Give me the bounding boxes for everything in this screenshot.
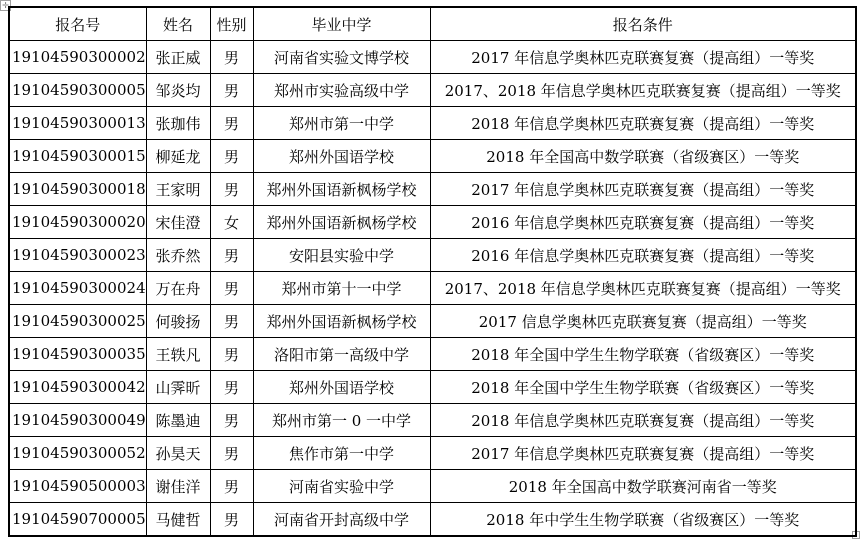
cell-reg-no: 191045903000026 xyxy=(9,41,146,74)
cell-condition: 2017 信息学奥林匹克联赛复赛（提高组）一等奖 xyxy=(430,305,856,338)
cell-school: 焦作市第一中学 xyxy=(253,437,430,470)
cell-school: 郑州外国语学校 xyxy=(253,140,430,173)
cell-school: 河南省实验文博学校 xyxy=(253,41,430,74)
table-row: 191045903000026 张正威 男 河南省实验文博学校 2017 年信息… xyxy=(9,41,856,74)
table-row: 191045903000526 孙昊天 男 焦作市第一中学 2017 年信息学奥… xyxy=(9,437,856,470)
cell-reg-no: 191045903000130 xyxy=(9,107,146,140)
col-header-name: 姓名 xyxy=(146,7,210,41)
cell-condition: 2018 年全国中学生生物学联赛（省级赛区）一等奖 xyxy=(430,338,856,371)
cell-school: 安阳县实验中学 xyxy=(253,239,430,272)
cell-reg-no: 191045907000051 xyxy=(9,503,146,537)
cell-gender: 男 xyxy=(210,338,253,371)
col-header-reg-no: 报名号 xyxy=(9,7,146,41)
table-row: 191045903000350 王轶凡 男 洛阳市第一高级中学 2018 年全国… xyxy=(9,338,856,371)
cell-condition: 2018 年全国高中数学联赛河南省一等奖 xyxy=(430,470,856,503)
cell-gender: 男 xyxy=(210,173,253,206)
cell-school: 河南省开封高级中学 xyxy=(253,503,430,537)
cell-name: 万在舟 xyxy=(146,272,210,305)
cell-reg-no: 191045903000054 xyxy=(9,74,146,107)
table-header-row: 报名号 姓名 性别 毕业中学 报名条件 xyxy=(9,7,856,41)
cell-condition: 2018 年全国中学生生物学联赛（省级赛区）一等奖 xyxy=(430,371,856,404)
table-row: 191045903000054 邹炎均 男 郑州市实验高级中学 2017、201… xyxy=(9,74,856,107)
cell-reg-no: 191045903000236 xyxy=(9,239,146,272)
cell-gender: 男 xyxy=(210,272,253,305)
table-row: 191045903000498 陈墨迪 男 郑州市第一 0 一中学 2018 年… xyxy=(9,404,856,437)
applicant-table: 报名号 姓名 性别 毕业中学 报名条件 191045903000026 张正威 … xyxy=(8,6,857,537)
cell-gender: 男 xyxy=(210,503,253,537)
cell-name: 张乔然 xyxy=(146,239,210,272)
cell-school: 郑州外国语新枫杨学校 xyxy=(253,305,430,338)
cell-condition: 2018 年信息学奥林匹克联赛复赛（提高组）一等奖 xyxy=(430,107,856,140)
cell-school: 郑州市第十一中学 xyxy=(253,272,430,305)
cell-school: 郑州市第一 0 一中学 xyxy=(253,404,430,437)
table-row: 191045907000051 马健哲 男 河南省开封高级中学 2018 年中学… xyxy=(9,503,856,537)
table-row: 191045905000036 谢佳洋 男 河南省实验中学 2018 年全国高中… xyxy=(9,470,856,503)
cell-condition: 2018 年中学生生物学联赛（省级赛区）一等奖 xyxy=(430,503,856,537)
col-header-gender: 性别 xyxy=(210,7,253,41)
cell-school: 郑州市实验高级中学 xyxy=(253,74,430,107)
cell-gender: 男 xyxy=(210,470,253,503)
cell-condition: 2018 年信息学奥林匹克联赛复赛（提高组）一等奖 xyxy=(430,404,856,437)
cell-condition: 2017 年信息学奥林匹克联赛复赛（提高组）一等奖 xyxy=(430,437,856,470)
table-row: 191045903000152 柳延龙 男 郑州外国语学校 2018 年全国高中… xyxy=(9,140,856,173)
cell-name: 柳延龙 xyxy=(146,140,210,173)
cell-reg-no: 191045903000184 xyxy=(9,173,146,206)
cell-gender: 男 xyxy=(210,437,253,470)
cell-gender: 男 xyxy=(210,239,253,272)
cell-reg-no: 191045903000427 xyxy=(9,371,146,404)
cell-name: 王轶凡 xyxy=(146,338,210,371)
cell-condition: 2017、2018 年信息学奥林匹克联赛复赛（提高组）一等奖 xyxy=(430,272,856,305)
cell-condition: 2017、2018 年信息学奥林匹克联赛复赛（提高组）一等奖 xyxy=(430,74,856,107)
cell-gender: 男 xyxy=(210,107,253,140)
cell-gender: 男 xyxy=(210,305,253,338)
cell-name: 宋佳澄 xyxy=(146,206,210,239)
cell-school: 郑州外国语新枫杨学校 xyxy=(253,173,430,206)
table-row: 191045903000203 宋佳澄 女 郑州外国语新枫杨学校 2016 年信… xyxy=(9,206,856,239)
cell-name: 王家明 xyxy=(146,173,210,206)
col-header-school: 毕业中学 xyxy=(253,7,430,41)
cell-school: 郑州外国语学校 xyxy=(253,371,430,404)
cell-gender: 男 xyxy=(210,41,253,74)
cell-name: 邹炎均 xyxy=(146,74,210,107)
cell-condition: 2017 年信息学奥林匹克联赛复赛（提高组）一等奖 xyxy=(430,173,856,206)
table-row: 191045903000247 万在舟 男 郑州市第十一中学 2017、2018… xyxy=(9,272,856,305)
cell-name: 马健哲 xyxy=(146,503,210,537)
cell-name: 孙昊天 xyxy=(146,437,210,470)
cell-name: 山霁昕 xyxy=(146,371,210,404)
cell-school: 洛阳市第一高级中学 xyxy=(253,338,430,371)
cell-gender: 男 xyxy=(210,74,253,107)
cell-name: 谢佳洋 xyxy=(146,470,210,503)
cell-name: 何骏扬 xyxy=(146,305,210,338)
cell-school: 郑州市第一中学 xyxy=(253,107,430,140)
cell-reg-no: 191045903000152 xyxy=(9,140,146,173)
cell-gender: 男 xyxy=(210,140,253,173)
cell-reg-no: 191045903000247 xyxy=(9,272,146,305)
cell-gender: 男 xyxy=(210,404,253,437)
cell-condition: 2017 年信息学奥林匹克联赛复赛（提高组）一等奖 xyxy=(430,41,856,74)
table-row: 191045903000236 张乔然 男 安阳县实验中学 2016 年信息学奥… xyxy=(9,239,856,272)
cell-reg-no: 191045903000350 xyxy=(9,338,146,371)
cell-reg-no: 191045905000036 xyxy=(9,470,146,503)
cell-name: 张珈伟 xyxy=(146,107,210,140)
cell-condition: 2016 年信息学奥林匹克联赛复赛（提高组）一等奖 xyxy=(430,206,856,239)
cell-name: 陈墨迪 xyxy=(146,404,210,437)
col-header-condition: 报名条件 xyxy=(430,7,856,41)
cell-reg-no: 191045903000498 xyxy=(9,404,146,437)
cell-reg-no: 191045903000257 xyxy=(9,305,146,338)
table-row: 191045903000184 王家明 男 郑州外国语新枫杨学校 2017 年信… xyxy=(9,173,856,206)
cell-name: 张正威 xyxy=(146,41,210,74)
table-row: 191045903000257 何骏扬 男 郑州外国语新枫杨学校 2017 信息… xyxy=(9,305,856,338)
cell-school: 河南省实验中学 xyxy=(253,470,430,503)
table-row: 191045903000427 山霁昕 男 郑州外国语学校 2018 年全国中学… xyxy=(9,371,856,404)
cell-gender: 男 xyxy=(210,371,253,404)
cell-condition: 2016 年信息学奥林匹克联赛复赛（提高组）一等奖 xyxy=(430,239,856,272)
table-row: 191045903000130 张珈伟 男 郑州市第一中学 2018 年信息学奥… xyxy=(9,107,856,140)
cell-reg-no: 191045903000526 xyxy=(9,437,146,470)
cell-reg-no: 191045903000203 xyxy=(9,206,146,239)
cell-school: 郑州外国语新枫杨学校 xyxy=(253,206,430,239)
cell-gender: 女 xyxy=(210,206,253,239)
cell-condition: 2018 年全国高中数学联赛（省级赛区）一等奖 xyxy=(430,140,856,173)
